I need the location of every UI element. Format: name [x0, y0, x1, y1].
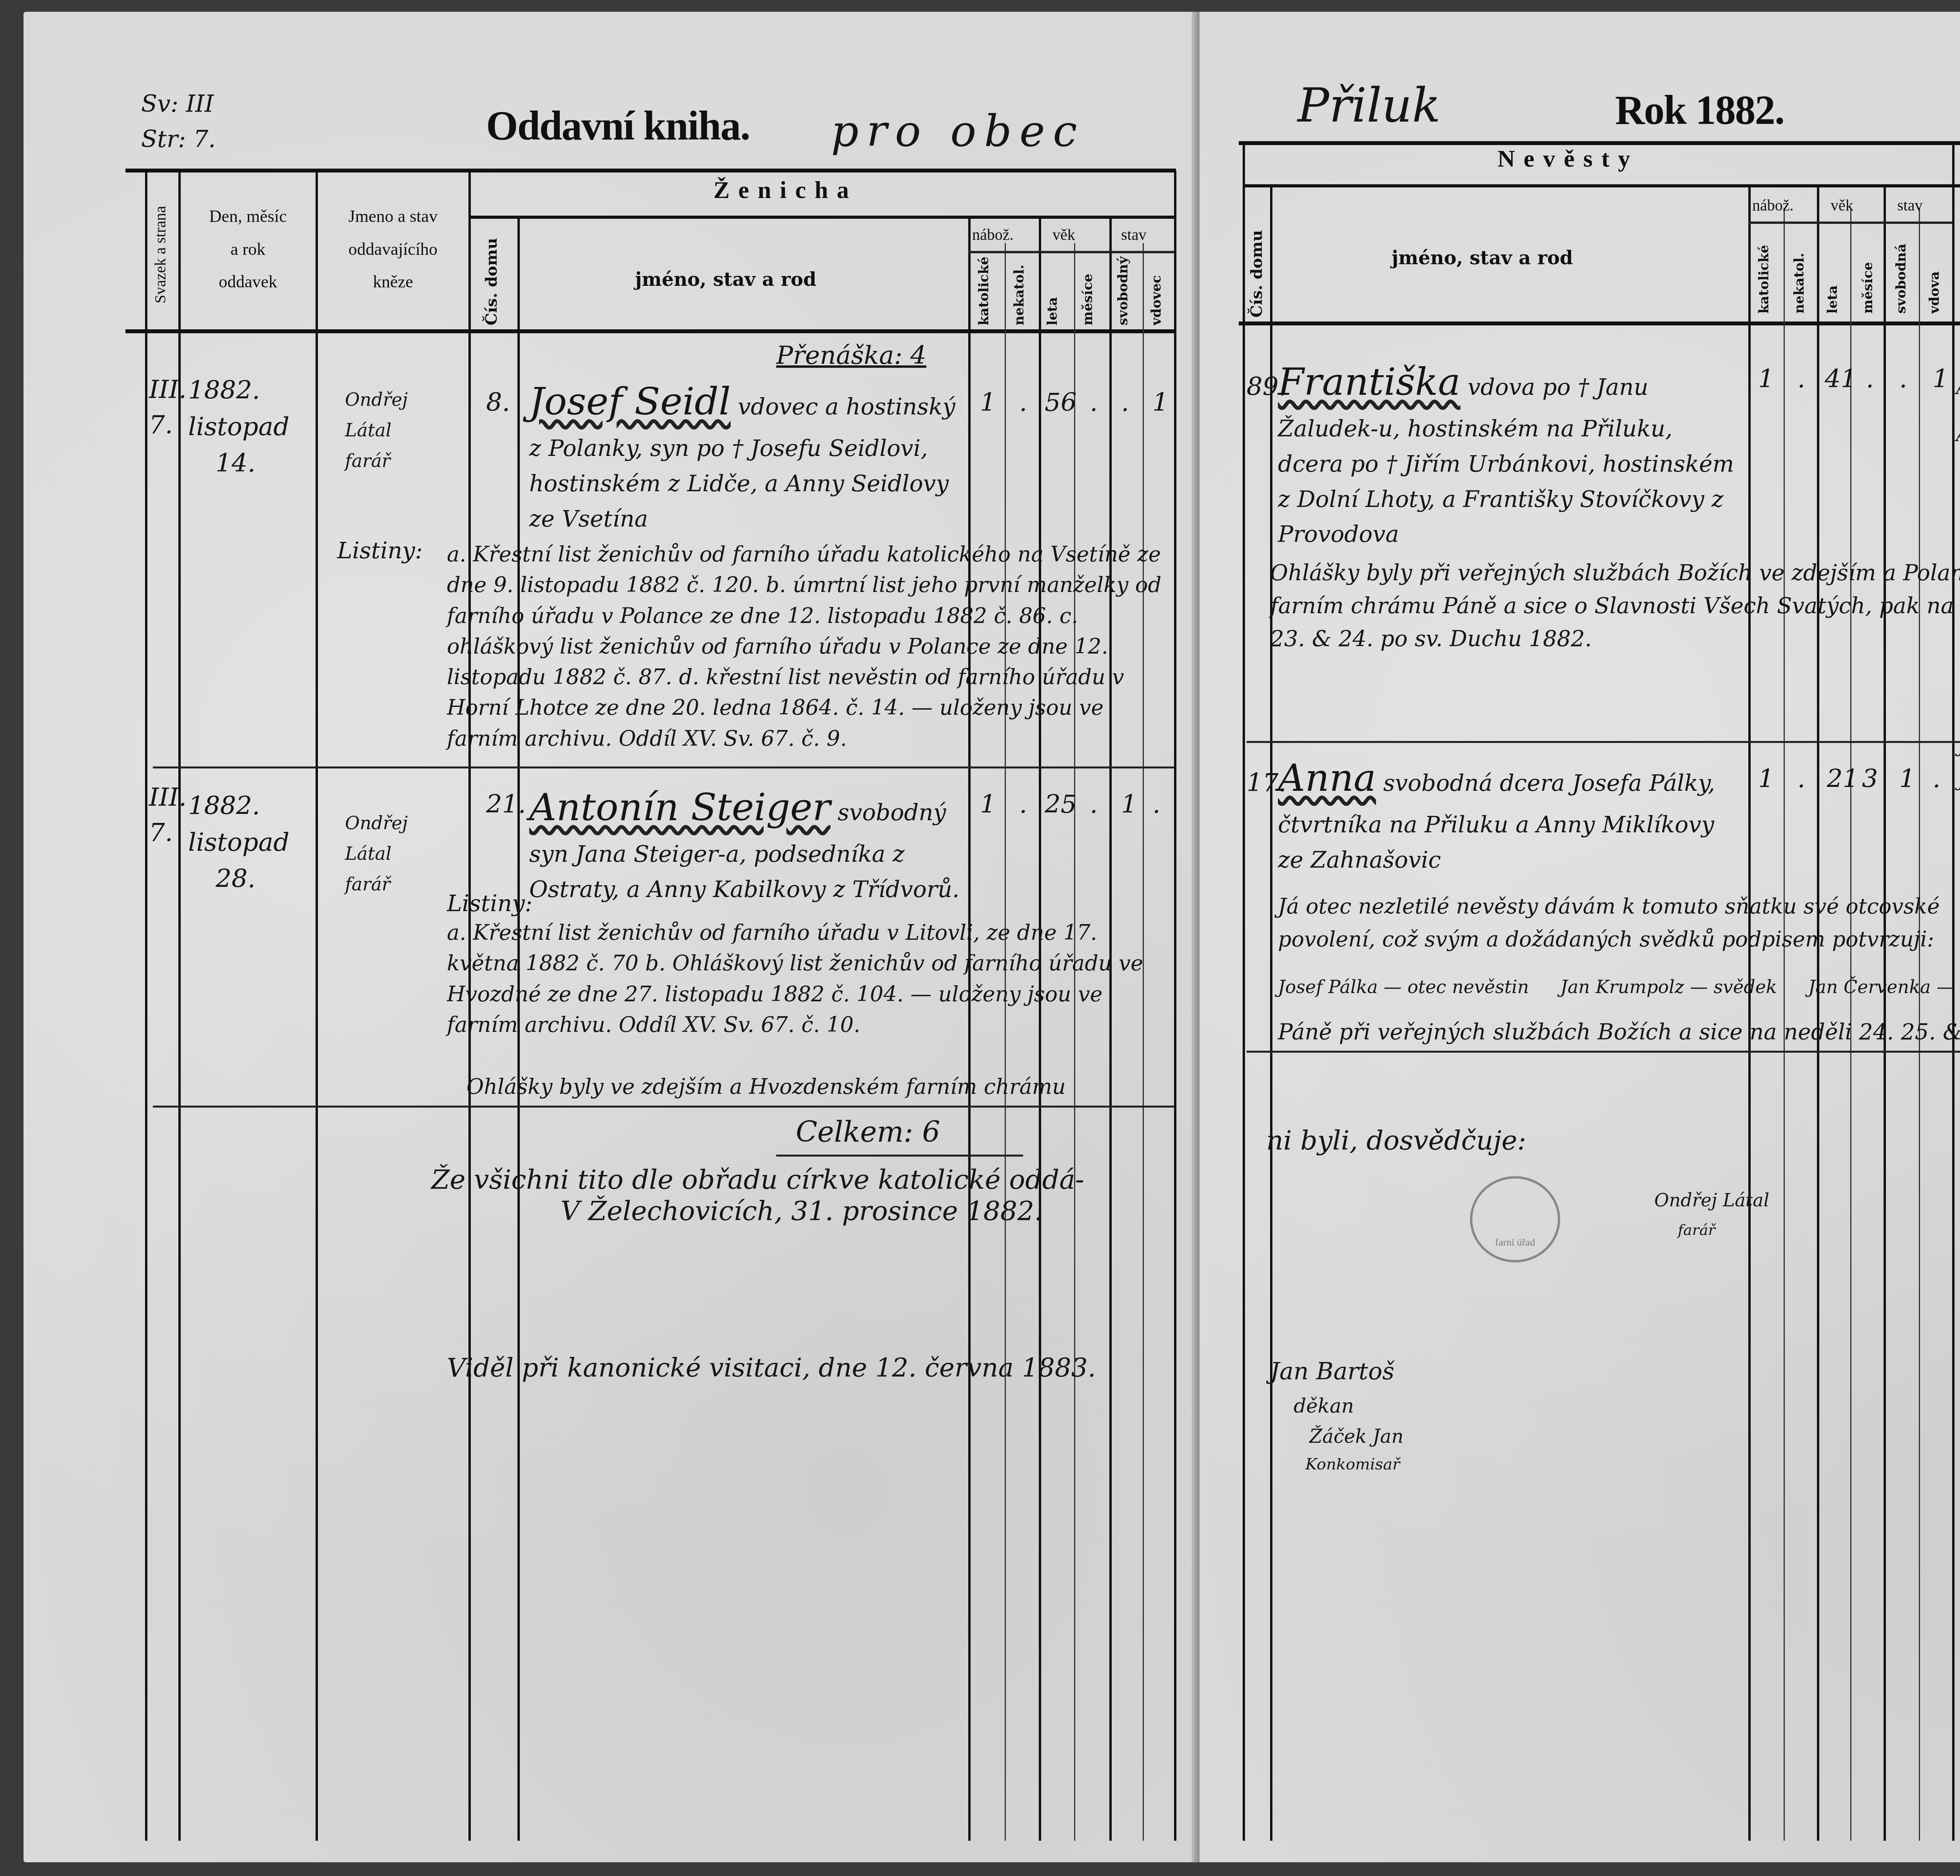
col-header-religion: nábož. — [972, 225, 1014, 244]
entry-2-svazek: III. 7. — [149, 780, 180, 850]
priest-surname: Látal — [345, 415, 408, 445]
col-line — [1074, 243, 1075, 1841]
sub-rule — [1748, 222, 1952, 224]
right-page: Přiluk Rok 1882. Nevěsty Svědkův Čís. do… — [1200, 12, 1960, 1862]
pastor-name: Ondřej Látal — [1654, 1184, 1769, 1217]
col-line — [1748, 186, 1751, 1841]
col-line — [1243, 143, 1245, 1841]
dean-signature: Jan Bartoš děkan Žáček Jan Konkomisař — [1270, 1353, 1403, 1477]
entry-1-bride: Františka vdova po † Janu Žaludek-u, hos… — [1278, 353, 1744, 552]
co-commissioner-title: Konkomisař — [1270, 1452, 1403, 1477]
signature-father: Josef Pálka — otec nevěstin — [1278, 976, 1529, 997]
col-header-years: leta — [1825, 227, 1840, 314]
col-header-house-no: Čís. domu — [1247, 208, 1266, 318]
dean-title: děkan — [1270, 1390, 1403, 1422]
book-title: Oddavní kniha. — [486, 102, 750, 149]
col-header-svazek: Svazek a strana — [151, 184, 169, 325]
carry-over: Přenáška: 4 — [776, 341, 926, 370]
entry-separator — [153, 1106, 1174, 1108]
entry-2-documents-label: Listiny: — [447, 890, 532, 917]
sub-rule — [968, 251, 1174, 253]
parish-seal: farní úřad — [1470, 1176, 1560, 1262]
entry-1-documents: a. Křestní list ženichův od farního úřad… — [447, 539, 1172, 754]
entry-2-day: 28. — [188, 861, 289, 897]
entry-2-house-no: 21. — [486, 790, 526, 819]
entry-1-day: 14. — [188, 445, 289, 482]
entry-2-age-months: 3 — [1862, 765, 1878, 794]
total-underline — [776, 1155, 1023, 1157]
priest-first-name: Ondřej — [345, 808, 408, 838]
closing-place-date: V Želechovicích, 31. prosince 1882. — [561, 1196, 1043, 1227]
col-header-date-line: Den, měsíc — [180, 200, 316, 233]
entry-1-single: . — [1899, 365, 1907, 394]
witness-name: i.e. Červenka — [1958, 798, 1960, 832]
entry-2-noncatholic: . — [1019, 790, 1027, 819]
entry-1-priest: Ondřej Látal farář — [345, 384, 408, 476]
col-header-status: stav — [1121, 225, 1146, 244]
entry-1-witnesses: Alois Urbánek Antonín Seidl — [1956, 365, 1960, 458]
col-line — [1817, 186, 1819, 1841]
entry-1-catholic: 1 — [1758, 365, 1774, 394]
entry-2-single: 1 — [1899, 765, 1915, 794]
entry-2-widow: . — [1933, 765, 1940, 794]
col-header-single: svobodný — [1115, 255, 1131, 325]
col-header-house-no: Čís. domu — [482, 231, 501, 325]
title-handwritten: pro obec — [831, 106, 1085, 156]
witness-name: Jan Krumpolz — [1958, 729, 1960, 763]
groom-header: Ženicha — [713, 176, 858, 204]
signature-witness: Jan Krumpolz — svědek — [1560, 976, 1777, 997]
entry-1-catholic: 1 — [980, 388, 996, 417]
col-header-age: věk — [1053, 225, 1075, 244]
entry-2-date: 1882. listopad 28. — [188, 788, 289, 897]
entry-2-age-months: . — [1090, 790, 1098, 819]
pastor-title: farář — [1654, 1217, 1769, 1243]
entry-2-catholic: 1 — [980, 790, 996, 819]
col-header-priest: Jmeno a stav oddavajícího kněze — [318, 200, 468, 298]
priest-title: farář — [345, 869, 408, 899]
entry-1-date: 1882. listopad 14. — [188, 372, 289, 481]
visitation-note: Viděl při kanonické visitaci, dne 12. če… — [447, 1353, 1096, 1383]
groom-name: Josef Seidl — [529, 380, 731, 423]
entry-2-consent: Já otec nezletilé nevěsty dávám k tomuto… — [1278, 890, 1960, 955]
entry-2-banns: Ohlášky byly ve zdejším a Hvozdenském fa… — [466, 1074, 1066, 1099]
col-header-priest-line: Jmeno a stav — [318, 200, 468, 233]
col-header-name: jméno, stav a rod — [635, 269, 817, 291]
col-header-widow: vdova — [1927, 227, 1942, 314]
entry-2-month: listopad — [188, 824, 289, 861]
groom-name: Antonín Steiger — [529, 785, 830, 829]
col-header-name: jméno, stav a rod — [1392, 247, 1573, 269]
groom-subheader-rule — [470, 216, 1176, 219]
entry-1-documents-label: Listiny: — [337, 537, 423, 564]
header-top-rule — [1239, 141, 1960, 145]
bride-name: Františka — [1278, 360, 1461, 404]
co-commissioner-name: Žáček Jan — [1270, 1422, 1403, 1452]
signature-witness: Jan Červenka — svědek — [1808, 976, 1960, 997]
col-header-months: měsíce — [1080, 255, 1096, 325]
col-line — [1143, 243, 1144, 1841]
entry-1-year: 1882. — [188, 372, 289, 409]
entry-1-age-months: . — [1090, 388, 1098, 417]
col-header-years: leta — [1045, 255, 1060, 325]
entry-1-single: . — [1121, 388, 1129, 417]
bride-name: Anna — [1278, 756, 1376, 800]
entry-1-widow: 1 — [1933, 365, 1949, 394]
dean-name: Jan Bartoš — [1270, 1353, 1403, 1390]
entry-2-noncatholic: . — [1797, 765, 1805, 794]
entry-2-banns: Páně při veřejných službách Božích a sic… — [1278, 1019, 1960, 1045]
witness-name: Jan Červenka — [1958, 763, 1960, 797]
col-line — [316, 171, 318, 1841]
col-header-widower: vdovec — [1149, 255, 1164, 325]
col-header-priest-line: oddavajícího — [318, 233, 468, 266]
entry-1-age-months: . — [1866, 365, 1874, 394]
entry-2-widower: . — [1152, 790, 1160, 819]
entry-2-priest: Ondřej Látal farář — [345, 808, 408, 900]
header-bottom-rule — [1239, 321, 1960, 325]
entry-separator — [1247, 741, 1960, 743]
entry-2-age-years: 21 — [1827, 765, 1858, 794]
entry-separator — [153, 766, 1174, 768]
col-header-non-catholic: nekatol. — [1791, 227, 1807, 314]
closing-line: ni byli, dosvědčuje: — [1266, 1125, 1526, 1156]
entry-2-groom: Antonín Steiger svobodný syn Jana Steige… — [529, 778, 964, 907]
entry-1-svazek: III. 7. — [149, 372, 180, 443]
entry-1-noncatholic: . — [1797, 365, 1805, 394]
page-ref: Str: 7. — [141, 125, 216, 153]
entry-2-age-years: 25 — [1045, 790, 1076, 819]
entry-2-year: 1882. — [188, 788, 289, 824]
col-header-date: Den, měsíc a rok oddavek — [180, 200, 316, 298]
priest-surname: Látal — [345, 838, 408, 869]
entry-1-age-years: 56 — [1045, 388, 1076, 417]
priest-first-name: Ondřej — [345, 384, 408, 415]
col-header-date-line: a rok — [180, 233, 316, 266]
year-label: Rok 1882. — [1615, 86, 1784, 134]
village-handwritten: Přiluk — [1298, 78, 1441, 133]
col-line — [1174, 171, 1176, 1841]
entry-2-single: 1 — [1121, 790, 1137, 819]
entry-1-banns: Ohlášky byly při veřejných službách Boží… — [1270, 557, 1960, 656]
entry-1-age-years: 41 — [1825, 365, 1857, 394]
witness-name: Antonín Seidl — [1956, 412, 1960, 459]
witness-name: Alois Urbánek — [1956, 365, 1960, 412]
col-line — [1270, 186, 1272, 1841]
entry-2-signatures: Josef Pálka — otec nevěstin Jan Krumpolz… — [1278, 976, 1944, 997]
entry-separator — [1247, 1051, 1960, 1053]
col-header-religion: nábož. — [1752, 196, 1794, 214]
total-count: Celkem: 6 — [796, 1115, 940, 1148]
entry-1-noncatholic: . — [1019, 388, 1027, 417]
col-header-priest-line: kněze — [318, 265, 468, 298]
col-header-status: stav — [1897, 196, 1922, 214]
entry-2-bride: Anna svobodná dcera Josefa Pálky, čtvrtn… — [1278, 749, 1744, 878]
col-header-non-catholic: nekatol. — [1011, 255, 1027, 325]
pastor-signature: Ondřej Látal farář — [1654, 1184, 1769, 1243]
left-page: Sv: III Str: 7. Oddavní kniha. pro obec … — [24, 12, 1200, 1862]
col-header-catholic: katolické — [976, 255, 992, 325]
entry-2-documents: a. Křestní list ženichův od farního úřad… — [447, 917, 1172, 1040]
bride-header: Nevěsty — [1497, 145, 1639, 173]
col-header-single: svobodná — [1893, 227, 1909, 314]
col-line — [145, 171, 147, 1841]
bride-subheader-rule — [1243, 184, 1960, 187]
header-bottom-rule — [125, 329, 1176, 333]
header-top-rule — [125, 169, 1176, 173]
volume-ref: Sv: III — [141, 90, 214, 118]
col-header-catholic: katolické — [1756, 227, 1772, 314]
entry-1-groom: Josef Seidl vdovec a hostinský z Polanky… — [529, 372, 964, 536]
col-line — [1005, 243, 1006, 1841]
entry-1-house-no: 8. — [486, 388, 510, 417]
entry-2-witnesses: Jan Krumpolz Jan Červenka i.e. Červenka — [1958, 729, 1960, 832]
col-header-age: věk — [1831, 196, 1853, 214]
entry-2-catholic: 1 — [1758, 765, 1774, 794]
col-header-date-line: oddavek — [180, 265, 316, 298]
priest-title: farář — [345, 445, 408, 476]
entry-1-month: listopad — [188, 409, 289, 445]
entry-1-widower: 1 — [1152, 388, 1169, 417]
col-line — [1884, 186, 1886, 1841]
closing-line-1: Že všichni tito dle obřadu církve katoli… — [431, 1164, 1084, 1195]
col-header-months: měsíce — [1860, 227, 1876, 314]
